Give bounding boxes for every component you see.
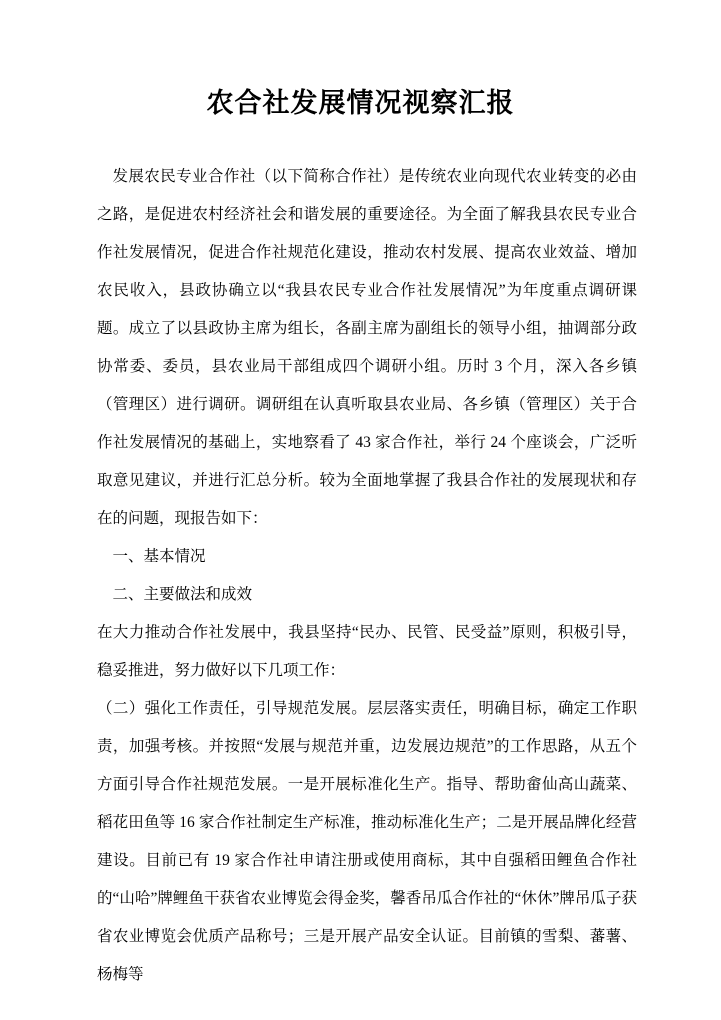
section-heading-basic-situation: 一、基本情况 [97, 538, 637, 576]
body-paragraph-principles: 在大力推动合作社发展中，我县坚持“民办、民管、民受益”原则，积极引导，稳妥推进，… [97, 614, 637, 690]
section-heading-main-practices: 二、主要做法和成效 [97, 576, 637, 614]
body-paragraph-intro: 发展农民专业合作社（以下简称合作社）是传统农业向现代农业转变的必由之路，是促进农… [97, 158, 637, 538]
body-paragraph-responsibility: （二）强化工作责任，引导规范发展。层层落实责任，明确目标，确定工作职责，加强考核… [97, 690, 637, 994]
document-page: 农合社发展情况视察汇报 发展农民专业合作社（以下简称合作社）是传统农业向现代农业… [0, 0, 721, 1020]
document-title: 农合社发展情况视察汇报 [0, 0, 721, 124]
document-body: 发展农民专业合作社（以下简称合作社）是传统农业向现代农业转变的必由之路，是促进农… [97, 158, 637, 994]
